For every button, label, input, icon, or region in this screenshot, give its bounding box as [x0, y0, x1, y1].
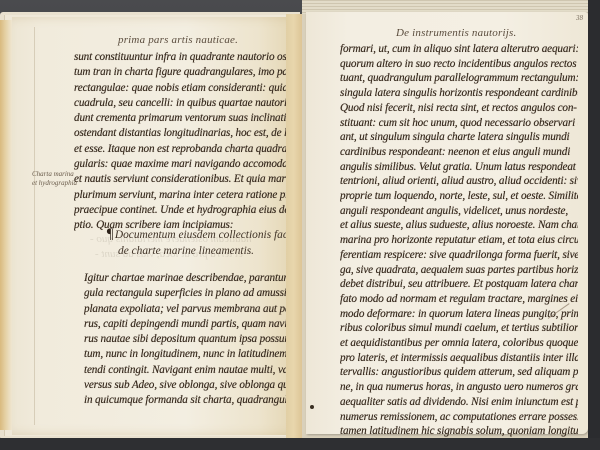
text-line: plurimum serviunt, marina inter cetera r…	[74, 188, 288, 203]
text-line: et esse. Itaque non est reprobanda chart…	[74, 142, 288, 157]
text-line: ne, in qua numerus horas, in angusto uer…	[340, 380, 578, 395]
text-line: rus, capiti depingendi mundi partis, qua…	[84, 317, 290, 332]
text-line: angulis similibus. Velut gratia. Unum la…	[340, 160, 578, 175]
text-line: modo deformare: in quorum latera lineas …	[340, 307, 578, 322]
text-line: rectangulae: quae nobis etiam consideran…	[74, 81, 288, 96]
section-title: ¶Documentum eiusdem collectionis facilis…	[106, 226, 305, 259]
section-title-line: Documentum eiusdem collectionis facilis,	[115, 229, 305, 241]
text-line: tum tran in charta figure quadrangulares…	[74, 65, 288, 80]
text-line: ostendant distantias longitudinarias, ho…	[74, 126, 288, 141]
text-line: marina pro horizonte reputatur etiam, et…	[340, 233, 578, 248]
right-running-head: De instrumentis nautorijs.	[396, 27, 516, 39]
text-line: Igitur chartae marinae describendae, par…	[84, 271, 290, 286]
left-page-text-block-1: sunt constituuntur infra in quadrante na…	[74, 50, 288, 234]
text-line: numerus remissionem, ac computationes er…	[340, 410, 578, 425]
text-line: cuadrula, seu cancelli: in quibus quarta…	[74, 96, 288, 111]
table-surface	[0, 438, 600, 450]
text-line: gula rectangula superficies in plano ad …	[84, 286, 290, 301]
margin-note-line: et hydrographia	[32, 179, 77, 188]
text-line: quorum altero in suo recto incidentibus …	[340, 57, 578, 72]
text-line: cardinibus respondeant: neenon et eius a…	[340, 145, 578, 160]
text-line: ga, sive quadrata, aequalem suas partes …	[340, 263, 578, 278]
margin-note-line: Charta marina	[32, 170, 77, 179]
book-cover-edge	[588, 0, 600, 450]
text-line: debet distribui, seu attribuere. Et post…	[340, 277, 578, 292]
text-line: dunt crementa primarum ventorum suas inc…	[74, 111, 288, 126]
text-line: ribus coloribus simul mundi caelum, et t…	[340, 321, 578, 336]
text-line: ant, ut singulum singula charte latera s…	[340, 130, 578, 145]
binding-hole	[310, 405, 314, 409]
left-page-edge	[0, 20, 12, 430]
text-line: Quod nisi fecerit, nisi recta sint, et r…	[340, 101, 578, 116]
text-line: proprie tum loquendo, norte, leste, sul,…	[340, 189, 578, 204]
text-line: tum, nunc in longitudinem, nunc in latit…	[84, 347, 290, 362]
section-title-line: de charte marine lineamentis.	[106, 243, 305, 259]
pilcrow-icon: ¶	[106, 226, 114, 242]
text-line: et nautis serviunt considerationibus. Et…	[74, 172, 288, 187]
text-line: in quicumque formanda sit charta, quadra…	[84, 393, 290, 408]
text-line: tentrioni, aliud orienti, aliud austro, …	[340, 174, 578, 189]
text-line: et alius sueste, alius sudueste, alius n…	[340, 218, 578, 233]
text-line: rus nautae sibi depositum quantum ipsa p…	[84, 332, 290, 347]
text-line: planata expoliata; vel parvus membrana a…	[84, 302, 290, 317]
text-line: ferentiam respicere: sive quadrilonga fo…	[340, 248, 578, 263]
text-line: fato modo ad normam et regulam tractare,…	[340, 292, 578, 307]
text-line: praecipue continet. Unde et hydrographia…	[74, 203, 288, 218]
text-line: formari, ut, cum in aliquo sint latera a…	[340, 42, 578, 57]
text-line: gularis: quae maxime mari navigando acco…	[74, 157, 288, 172]
left-page-text-block-2: Igitur chartae marinae describendae, par…	[84, 271, 290, 409]
text-line: aequaliter satis ad dividendo. Nisi enim…	[340, 395, 578, 410]
text-line: anguli respondeant angulis, videlicet, u…	[340, 204, 578, 219]
text-line: stituant: cum sit hoc unum, quod necessa…	[340, 116, 578, 131]
right-page-text-block: formari, ut, cum in aliquo sint latera a…	[340, 42, 578, 439]
text-line: tuant, quadrangulum parallelogrammum rec…	[340, 71, 578, 86]
text-line: versus sub Adeo, sive oblonga, sive oblo…	[84, 378, 290, 393]
text-line: pro lateris, et intermissis aequalibus d…	[340, 351, 578, 366]
left-running-head: prima pars artis nauticae.	[118, 34, 238, 46]
page-number: 38	[576, 14, 583, 22]
text-line: tendi contingit. Navigant enim nautae mu…	[84, 363, 290, 378]
text-line: tervallis: angustioribus quidem atterum,…	[340, 365, 578, 380]
text-line: tamen latitudinem hic signabis solum, qu…	[340, 424, 578, 439]
text-line: singula latera singulis horizontis respo…	[340, 86, 578, 101]
text-line: sunt constituuntur infra in quadrante na…	[74, 50, 288, 65]
text-line: et aequidistantibus per omnia latera, co…	[340, 336, 578, 351]
margin-note: Charta marina et hydrographia	[32, 170, 77, 188]
